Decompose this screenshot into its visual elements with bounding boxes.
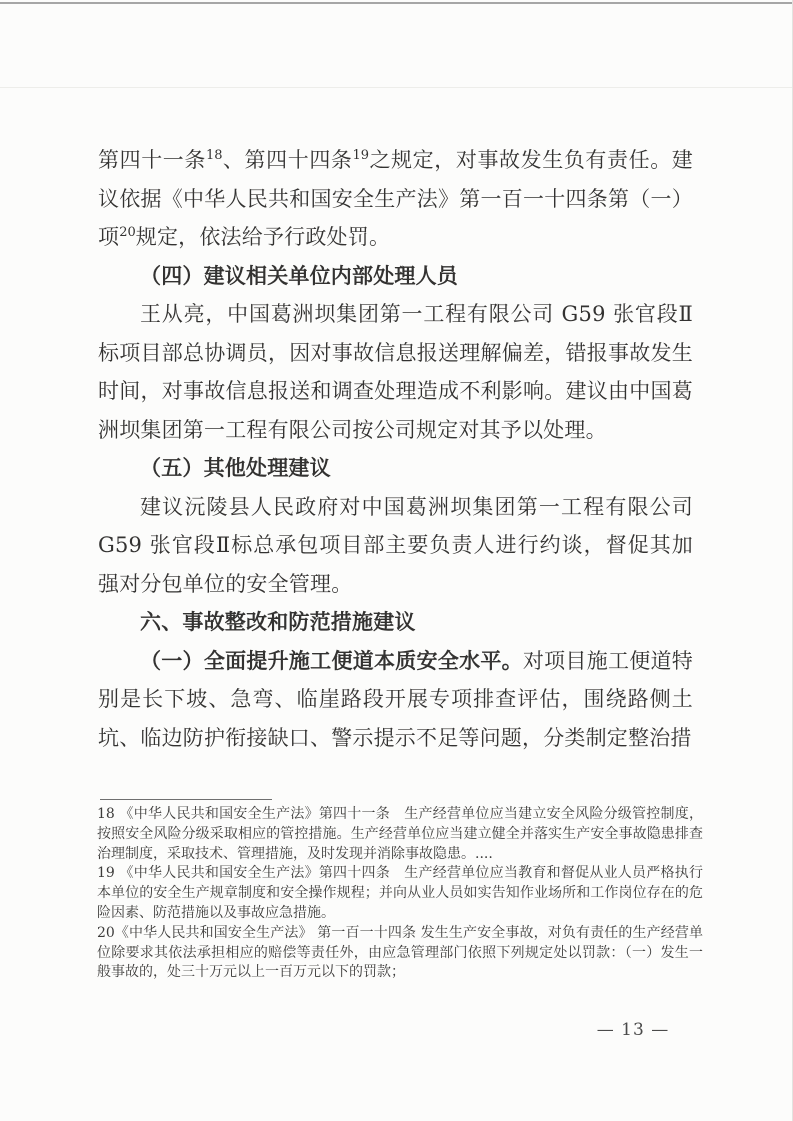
text-segment: 建议沅陵县人民政府对中国葛洲坝集团第一工程有限公司 G59 张官段Ⅱ标总承包项目… [98,495,693,596]
text-segment: （五）其他处理建议 [140,455,331,480]
text-segment: （一）全面提升施工便道本质安全水平。 [140,648,523,673]
section-heading: （四）建议相关单位内部处理人员 [98,257,693,296]
section-heading: 六、事故整改和防范措施建议 [98,603,693,642]
footnote-ref: 18 [206,148,223,163]
paragraph: 王从亮，中国葛洲坝集团第一工程有限公司 G59 张官段Ⅱ标项目部总协调员，因对事… [98,295,693,449]
footnote-separator [100,799,272,800]
footnote-ref: 19 [353,148,370,163]
document-page: 第四十一条18、第四十四条19之规定，对事故发生负有责任。建议依据《中华人民共和… [0,0,793,1121]
page-number: — 13 — [593,1020,673,1040]
text-segment: 第四十一条 [98,148,206,172]
section-heading: （五）其他处理建议 [98,449,693,488]
paragraph: 第四十一条18、第四十四条19之规定，对事故发生负有责任。建议依据《中华人民共和… [98,141,693,257]
footnote-ref: 20 [119,225,136,240]
scan-edge-top [0,2,793,4]
text-segment: 规定，依法给予行政处罚。 [136,225,390,249]
paragraph: 建议沅陵县人民政府对中国葛洲坝集团第一工程有限公司 G59 张官段Ⅱ标总承包项目… [98,488,693,604]
text-segment: 、第四十四条 [223,148,353,172]
document-body: 第四十一条18、第四十四条19之规定，对事故发生负有责任。建议依据《中华人民共和… [98,141,693,757]
footnotes-list: 18 《中华人民共和国安全生产法》第四十一条 生产经营单位应当建立安全风险分级管… [97,805,703,983]
scan-streak-line [0,87,793,88]
paragraph: （一）全面提升施工便道本质安全水平。对项目施工便道特别是长下坡、急弯、临崖路段开… [98,642,693,758]
text-segment: 王从亮，中国葛洲坝集团第一工程有限公司 G59 张官段Ⅱ标项目部总协调员，因对事… [98,302,693,442]
footnote: 20《中华人民共和国安全生产法》 第一百一十四条 发生生产安全事故，对负有责任的… [97,924,703,983]
footnote: 18 《中华人民共和国安全生产法》第四十一条 生产经营单位应当建立安全风险分级管… [97,805,703,864]
text-segment: 六、事故整改和防范措施建议 [140,609,416,634]
text-segment: （四）建议相关单位内部处理人员 [140,263,458,288]
footnote: 19 《中华人民共和国安全生产法》第四十四条 生产经营单位应当教育和督促从业人员… [97,864,703,923]
